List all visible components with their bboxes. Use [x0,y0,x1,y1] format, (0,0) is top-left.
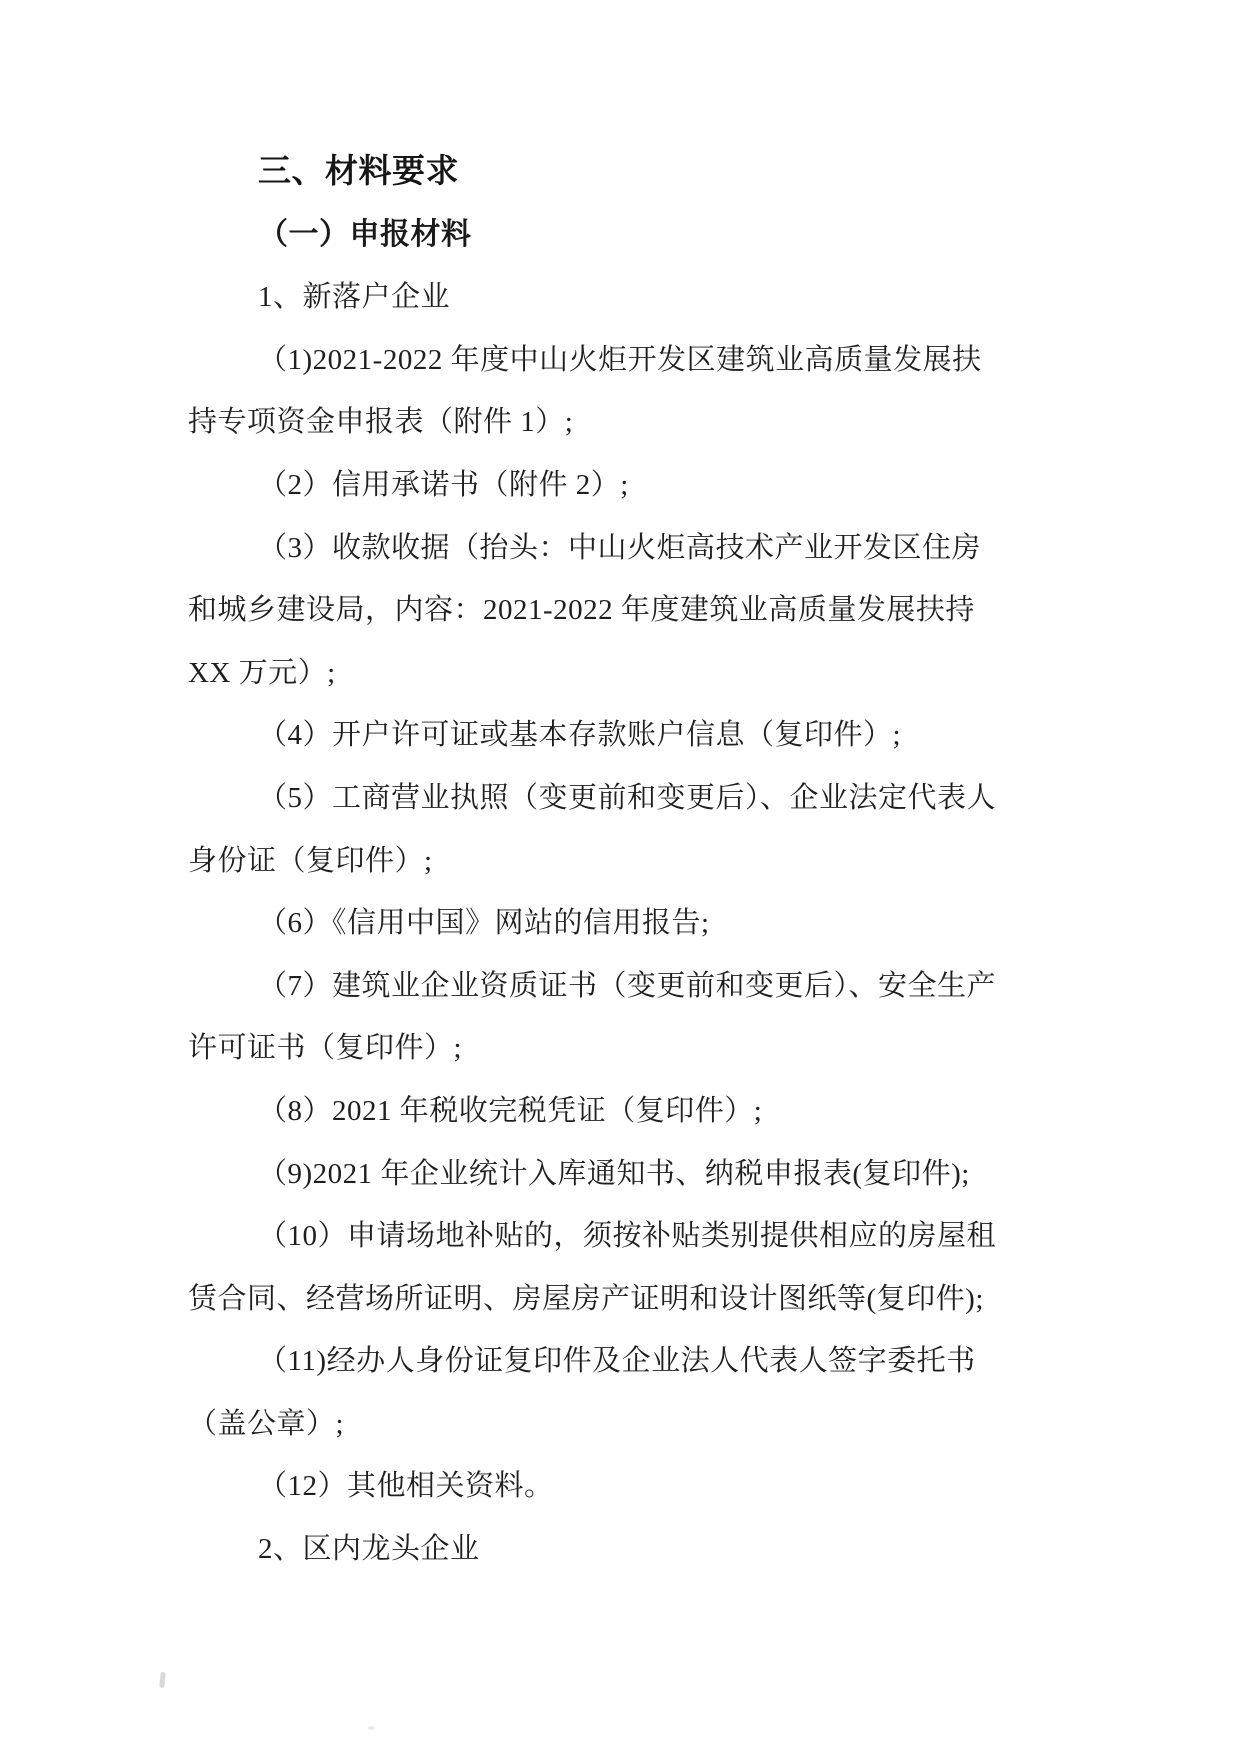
text-line: 身份证（复印件）; [188,830,1058,893]
item-2-heading: 2、区内龙头企业 [188,1518,1058,1581]
text-line: （8）2021 年税收完税凭证（复印件）; [188,1080,1058,1143]
text-line: （5）工商营业执照（变更前和变更后）、企业法定代表人 [188,767,1058,830]
text-line: （3）收款收据（抬头：中山火炬高技术产业开发区住房 [188,517,1058,580]
text-line: （6）《信用中国》网站的信用报告; [188,892,1058,955]
text-line: （11)经办人身份证复印件及企业法人代表人签字委托书 [188,1330,1058,1393]
text-line: 和城乡建设局，内容：2021-2022 年度建筑业高质量发展扶持 [188,579,1058,642]
text-line: （1)2021-2022 年度中山火炬开发区建筑业高质量发展扶 [188,329,1058,392]
document-page: 三、材料要求 （一）申报材料 1、新落户企业 （1)2021-2022 年度中山… [0,0,1240,1752]
text-line: 赁合同、经营场所证明、房屋房产证明和设计图纸等(复印件); [188,1268,1058,1331]
scan-artifact-mark [159,1672,166,1688]
document-body: 三、材料要求 （一）申报材料 1、新落户企业 （1)2021-2022 年度中山… [188,141,1058,1581]
text-line: 持专项资金申报表（附件 1）; [188,391,1058,454]
text-line: （9)2021 年企业统计入库通知书、纳税申报表(复印件); [188,1143,1058,1206]
text-line: （4）开户许可证或基本存款账户信息（复印件）; [188,704,1058,767]
section-heading: 三、材料要求 [188,141,1058,204]
text-line: （10）申请场地补贴的，须按补贴类别提供相应的房屋租 [188,1205,1058,1268]
text-line: 许可证书（复印件）; [188,1017,1058,1080]
text-line: XX 万元）; [188,642,1058,705]
text-line: （12）其他相关资料。 [188,1455,1058,1518]
text-line: （2）信用承诺书（附件 2）; [188,454,1058,517]
text-line: （7）建筑业企业资质证书（变更前和变更后）、安全生产 [188,955,1058,1018]
scan-artifact-dot [368,1726,375,1730]
subsection-heading: （一）申报材料 [188,204,1058,267]
text-line: （盖公章）; [188,1393,1058,1456]
item-1-heading: 1、新落户企业 [188,266,1058,329]
